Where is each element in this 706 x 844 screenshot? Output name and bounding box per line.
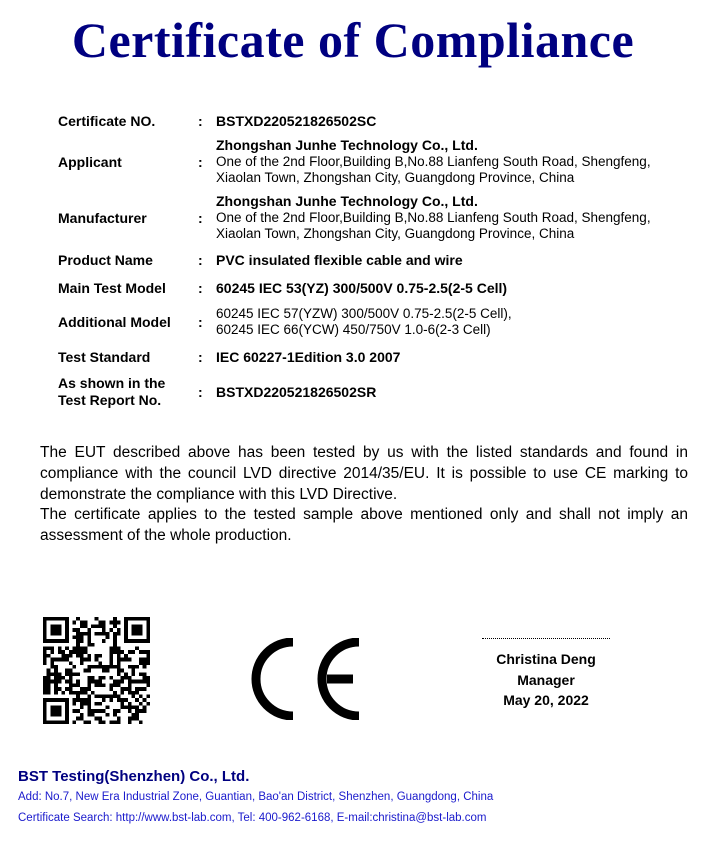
field-label: Test Standard — [58, 349, 198, 366]
applicant-address-line2: Xiaolan Town, Zhongshan City, Guangdong … — [216, 170, 698, 187]
applicant-value: Zhongshan Junhe Technology Co., Ltd. One… — [216, 137, 698, 187]
page-title: Certificate of Compliance — [0, 8, 706, 72]
signature-block: Christina Deng Manager May 20, 2022 — [478, 638, 614, 711]
applicant-name: Zhongshan Junhe Technology Co., Ltd. — [216, 137, 698, 154]
statement-paragraph-2: The certificate applies to the tested sa… — [40, 505, 688, 547]
separator: : — [198, 252, 216, 268]
field-label-line2: Test Report No. — [58, 392, 198, 409]
field-label: Additional Model — [58, 314, 198, 331]
issuer-company: BST Testing(Shenzhen) Co., Ltd. — [18, 767, 493, 787]
field-manufacturer: Manufacturer : Zhongshan Junhe Technolog… — [58, 190, 698, 246]
manufacturer-address-line2: Xiaolan Town, Zhongshan City, Guangdong … — [216, 226, 698, 243]
field-label: Manufacturer — [58, 210, 198, 227]
field-label: Product Name — [58, 252, 198, 269]
additional-model-line1: 60245 IEC 57(YZW) 300/500V 0.75-2.5(2-5 … — [216, 306, 698, 323]
field-main-test-model: Main Test Model : 60245 IEC 53(YZ) 300/5… — [58, 274, 698, 302]
field-label-line1: As shown in the — [58, 375, 198, 392]
test-report-number: BSTXD220521826502SR — [216, 384, 698, 401]
ce-mark-icon — [245, 638, 365, 720]
separator: : — [198, 280, 216, 296]
field-applicant: Applicant : Zhongshan Junhe Technology C… — [58, 134, 698, 190]
manufacturer-address-line1: One of the 2nd Floor,Building B,No.88 Li… — [216, 210, 698, 227]
product-name-value: PVC insulated flexible cable and wire — [216, 252, 698, 269]
signatory-title: Manager — [478, 670, 614, 691]
field-test-report-no: As shown in the Test Report No. : BSTXD2… — [58, 372, 698, 412]
manufacturer-name: Zhongshan Junhe Technology Co., Ltd. — [216, 193, 698, 210]
field-label: Applicant — [58, 154, 198, 171]
separator: : — [198, 154, 216, 170]
main-test-model-value: 60245 IEC 53(YZ) 300/500V 0.75-2.5(2-5 C… — [216, 280, 698, 297]
separator: : — [198, 314, 216, 330]
applicant-address-line1: One of the 2nd Floor,Building B,No.88 Li… — [216, 154, 698, 171]
field-additional-model: Additional Model : 60245 IEC 57(YZW) 300… — [58, 302, 698, 342]
certificate-fields: Certificate NO. : BSTXD220521826502SC Ap… — [58, 108, 698, 412]
separator: : — [198, 113, 216, 129]
field-test-standard: Test Standard : IEC 60227-1Edition 3.0 2… — [58, 342, 698, 372]
signature-line — [482, 638, 610, 639]
test-standard-value: IEC 60227-1Edition 3.0 2007 — [216, 349, 698, 366]
field-label: Certificate NO. — [58, 113, 198, 130]
separator: : — [198, 384, 216, 400]
field-label: Main Test Model — [58, 280, 198, 297]
separator: : — [198, 210, 216, 226]
signature-date: May 20, 2022 — [478, 690, 614, 711]
compliance-statement: The EUT described above has been tested … — [40, 443, 688, 547]
field-label: As shown in the Test Report No. — [58, 375, 198, 409]
certificate-number: BSTXD220521826502SC — [216, 113, 698, 130]
statement-paragraph-1: The EUT described above has been tested … — [40, 443, 688, 505]
additional-model-line2: 60245 IEC 66(YCW) 450/750V 1.0-6(2-3 Cel… — [216, 322, 698, 339]
footer: BST Testing(Shenzhen) Co., Ltd. Add: No.… — [18, 767, 493, 829]
manufacturer-value: Zhongshan Junhe Technology Co., Ltd. One… — [216, 193, 698, 243]
issuer-contact: Certificate Search: http://www.bst-lab.c… — [18, 808, 493, 829]
field-product-name: Product Name : PVC insulated flexible ca… — [58, 246, 698, 274]
additional-model-value: 60245 IEC 57(YZW) 300/500V 0.75-2.5(2-5 … — [216, 306, 698, 339]
signatory-name: Christina Deng — [478, 649, 614, 670]
field-certificate-no: Certificate NO. : BSTXD220521826502SC — [58, 108, 698, 134]
issuer-address: Add: No.7, New Era Industrial Zone, Guan… — [18, 787, 493, 808]
separator: : — [198, 349, 216, 365]
qr-code-icon — [43, 617, 150, 724]
